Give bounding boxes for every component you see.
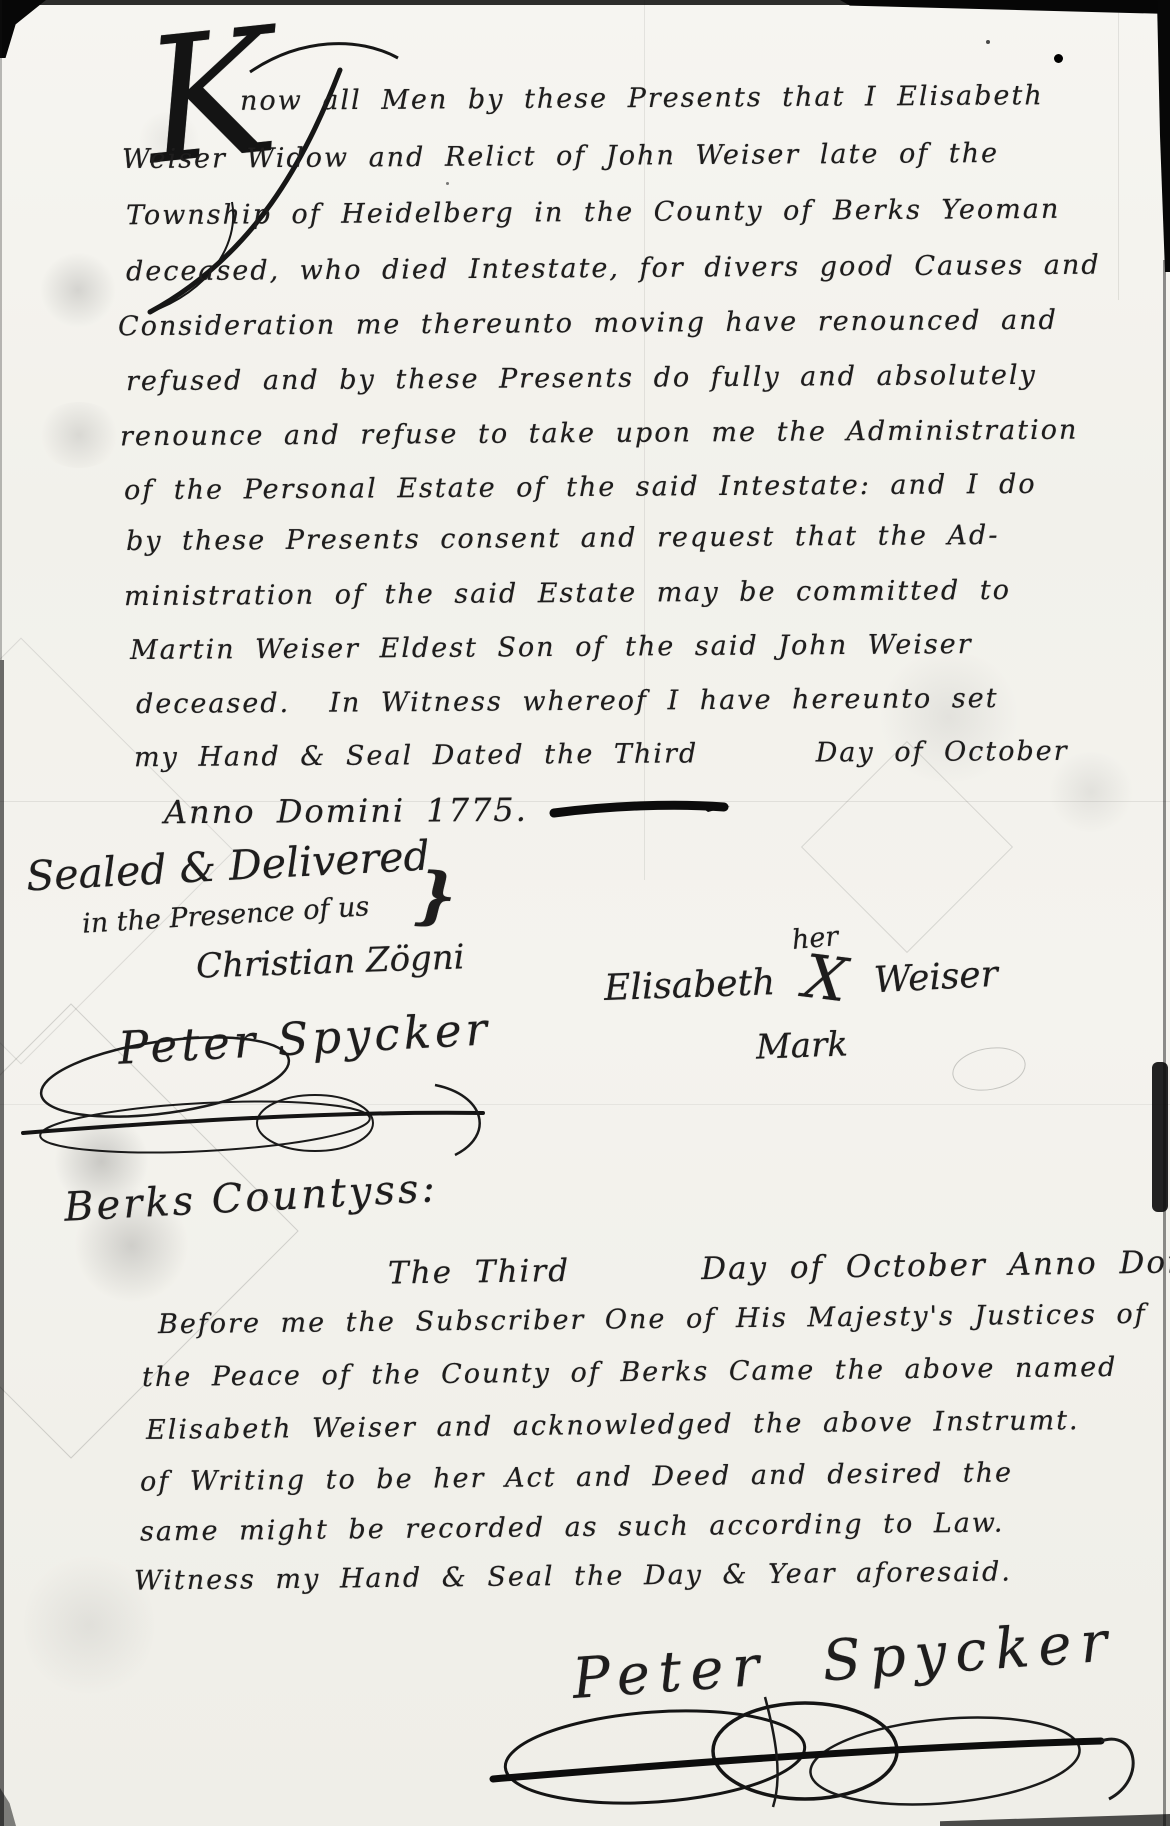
scan-edge-right bbox=[1152, 1062, 1168, 1212]
jurat-line: Before me the Subscriber One of His Maje… bbox=[158, 1300, 1147, 1340]
scan-edge-top-right bbox=[840, 0, 1170, 14]
scan-edge-right bbox=[1150, 0, 1170, 272]
jurat-line: same might be recorded as such according… bbox=[140, 1508, 1005, 1547]
scan-corner-top-left bbox=[0, 0, 46, 58]
scan-corner-bottom-left bbox=[0, 1788, 16, 1826]
fold-line bbox=[1118, 0, 1119, 300]
document-scan: K now all Men by these Presents that I E… bbox=[0, 0, 1170, 1826]
paper-stain bbox=[36, 402, 122, 468]
signature-flourish bbox=[465, 1695, 1170, 1823]
seal-ghost-mark bbox=[949, 1042, 1029, 1096]
witness-signature-christian: Christian Zögni bbox=[195, 939, 465, 986]
manuscript-line: ministration of the said Estate may be c… bbox=[124, 576, 1011, 612]
manuscript-line: deceased, who died Intestate, for divers… bbox=[126, 251, 1101, 287]
signature-flourish bbox=[15, 1025, 515, 1175]
jurat-line: of Writing to be her Act and Deed and de… bbox=[140, 1458, 1013, 1497]
ink-dash bbox=[548, 798, 733, 820]
manuscript-line: my Hand & Seal Dated the Third Day of Oc… bbox=[134, 737, 1069, 773]
signature-mark-label: Mark bbox=[755, 1026, 848, 1067]
ink-speck bbox=[1054, 54, 1063, 63]
jurat-line: Elisabeth Weiser and acknowledged the ab… bbox=[146, 1406, 1080, 1445]
jurat-line: Witness my Hand & Seal the Day & Year af… bbox=[134, 1557, 1012, 1596]
signature-weiser: Weiser bbox=[873, 955, 999, 1001]
signature-x-mark: X bbox=[800, 944, 850, 1015]
scan-edge-left bbox=[0, 660, 4, 1826]
manuscript-line: Township of Heidelberg in the County of … bbox=[126, 195, 1060, 231]
manuscript-line: Consideration me thereunto moving have r… bbox=[118, 306, 1058, 342]
signature-elisabeth: Elisabeth bbox=[603, 963, 776, 1009]
ink-speck bbox=[986, 40, 990, 44]
manuscript-line: deceased. In Witness whereof I have here… bbox=[136, 684, 999, 720]
scan-edge-right bbox=[1163, 260, 1166, 1826]
manuscript-line: Weiser Widow and Relict of John Weiser l… bbox=[122, 139, 999, 175]
manuscript-line: Martin Weiser Eldest Son of the said Joh… bbox=[130, 630, 973, 666]
jurat-date-line: The Third Day of October Anno Dom: 1775 bbox=[388, 1243, 1170, 1290]
scan-edge-left bbox=[0, 0, 2, 660]
manuscript-line: renounce and refuse to take upon me the … bbox=[120, 416, 1079, 452]
manuscript-line: by these Presents consent and request th… bbox=[126, 521, 1000, 557]
manuscript-line: now all Men by these Presents that I Eli… bbox=[240, 81, 1044, 116]
manuscript-line: refused and by these Presents do fully a… bbox=[126, 361, 1037, 397]
manuscript-line: of the Personal Estate of the said Intes… bbox=[124, 470, 1037, 506]
jurat-line: the Peace of the County of Berks Came th… bbox=[142, 1353, 1118, 1393]
manuscript-line: Anno Domini 1775. bbox=[164, 793, 528, 831]
attestation-brace: } bbox=[414, 861, 457, 931]
ink-speck bbox=[446, 182, 449, 185]
